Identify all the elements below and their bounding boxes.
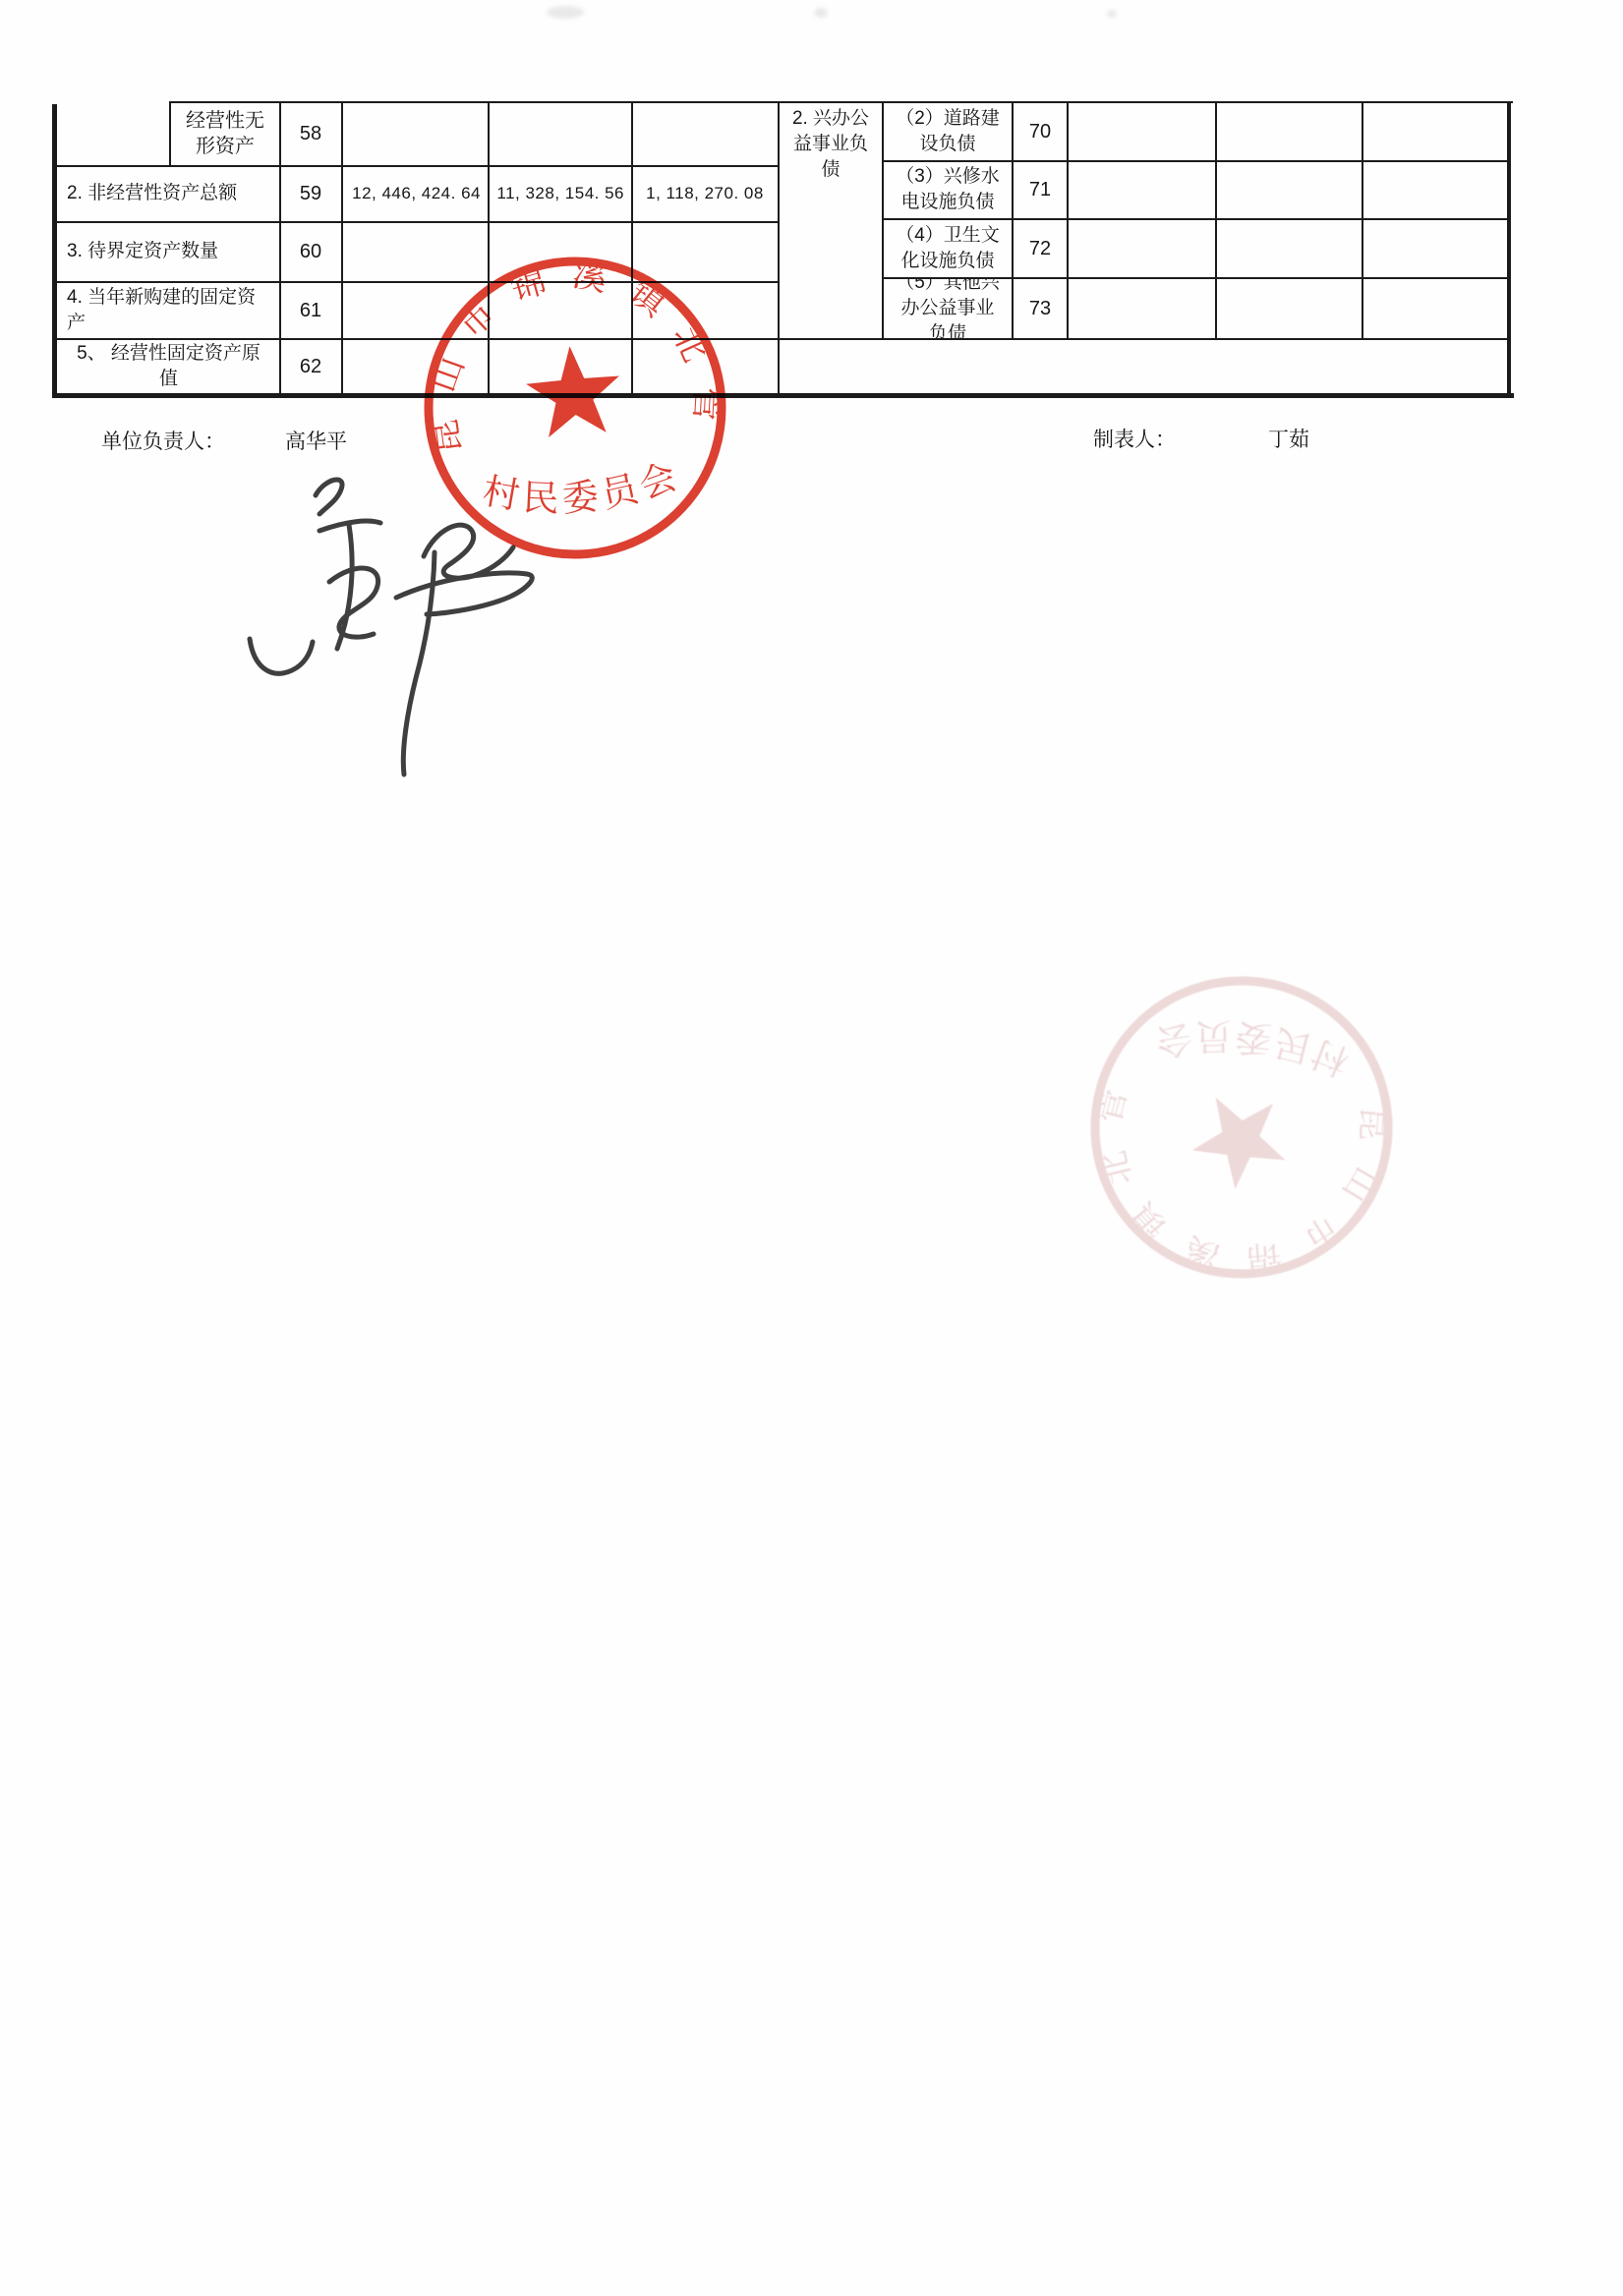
row-label: （2）道路建 设负债: [884, 102, 1012, 160]
unit-head-name: 高华平: [285, 426, 347, 455]
category-label: 2. 兴办公 益事业负 债: [780, 106, 882, 195]
row-label: 经营性无 形资产: [173, 102, 277, 165]
row-label: 3. 待界定资产数量: [60, 222, 277, 281]
row-value: 12, 446, 424. 64: [344, 166, 486, 221]
row-value: 11, 328, 154. 56: [491, 166, 629, 221]
table-border-bottom: [52, 393, 1514, 398]
row-label: （3）兴修水 电设施负债: [884, 161, 1012, 218]
official-seal: 昆山市锦溪镇北管泾村 村民委员会: [404, 237, 747, 580]
scan-speck: [547, 6, 584, 19]
table-border-right: [1507, 101, 1511, 398]
seal-star-icon: [1188, 1096, 1291, 1194]
row-code: 60: [281, 222, 340, 281]
row-code: 71: [1014, 161, 1067, 218]
scanned-document-page: { "table": { "left_section": { "rows": […: [0, 0, 1623, 2296]
row-code: 72: [1014, 219, 1067, 277]
row-label: （4）卫生文 化设施负债: [884, 219, 1012, 277]
seal-bottom-text: 村民委员会: [1144, 1007, 1357, 1084]
table-line: [1215, 101, 1217, 340]
table-line: [1362, 101, 1363, 340]
preparer-name: 丁茹: [1268, 424, 1309, 453]
row-code: 62: [281, 340, 340, 393]
scan-speck: [814, 8, 828, 18]
preparer-label: 制表人：: [1093, 424, 1176, 453]
table-border-left: [52, 104, 57, 398]
row-code: 73: [1014, 279, 1067, 338]
row-label: 5、 经营性固定资产原 值: [60, 340, 277, 393]
row-value: 1, 118, 270. 08: [634, 166, 776, 221]
svg-text:村民委员会: 村民委员会: [1144, 1007, 1357, 1084]
table-line: [341, 101, 343, 394]
seal-arc-text: 昆山市锦溪镇北管泾村: [1070, 1062, 1416, 1301]
seal-bottom-text: 村民委员会: [477, 453, 688, 527]
table-line: [170, 101, 1513, 103]
svg-text:昆山市锦溪镇北管泾村: 昆山市锦溪镇北管泾村: [1070, 1062, 1416, 1301]
row-label: （5）其他兴 办公益事业 负债: [884, 279, 1012, 338]
row-label: 2. 非经营性资产总额: [60, 166, 277, 221]
row-code: 59: [281, 166, 340, 221]
row-label: 4. 当年新购建的固定资 产: [60, 282, 277, 338]
svg-text:村民委员会: 村民委员会: [477, 453, 688, 527]
ghost-seal: 昆山市锦溪镇北管泾村 村民委员会: [1068, 953, 1416, 1301]
row-code: 70: [1014, 102, 1067, 160]
row-code: 61: [281, 282, 340, 338]
row-code: 58: [281, 102, 340, 165]
table-line: [169, 101, 171, 166]
seal-star-icon: [523, 342, 624, 438]
table-line: [1067, 101, 1069, 340]
scan-speck: [1107, 10, 1117, 18]
unit-head-label: 单位负责人：: [101, 426, 225, 455]
